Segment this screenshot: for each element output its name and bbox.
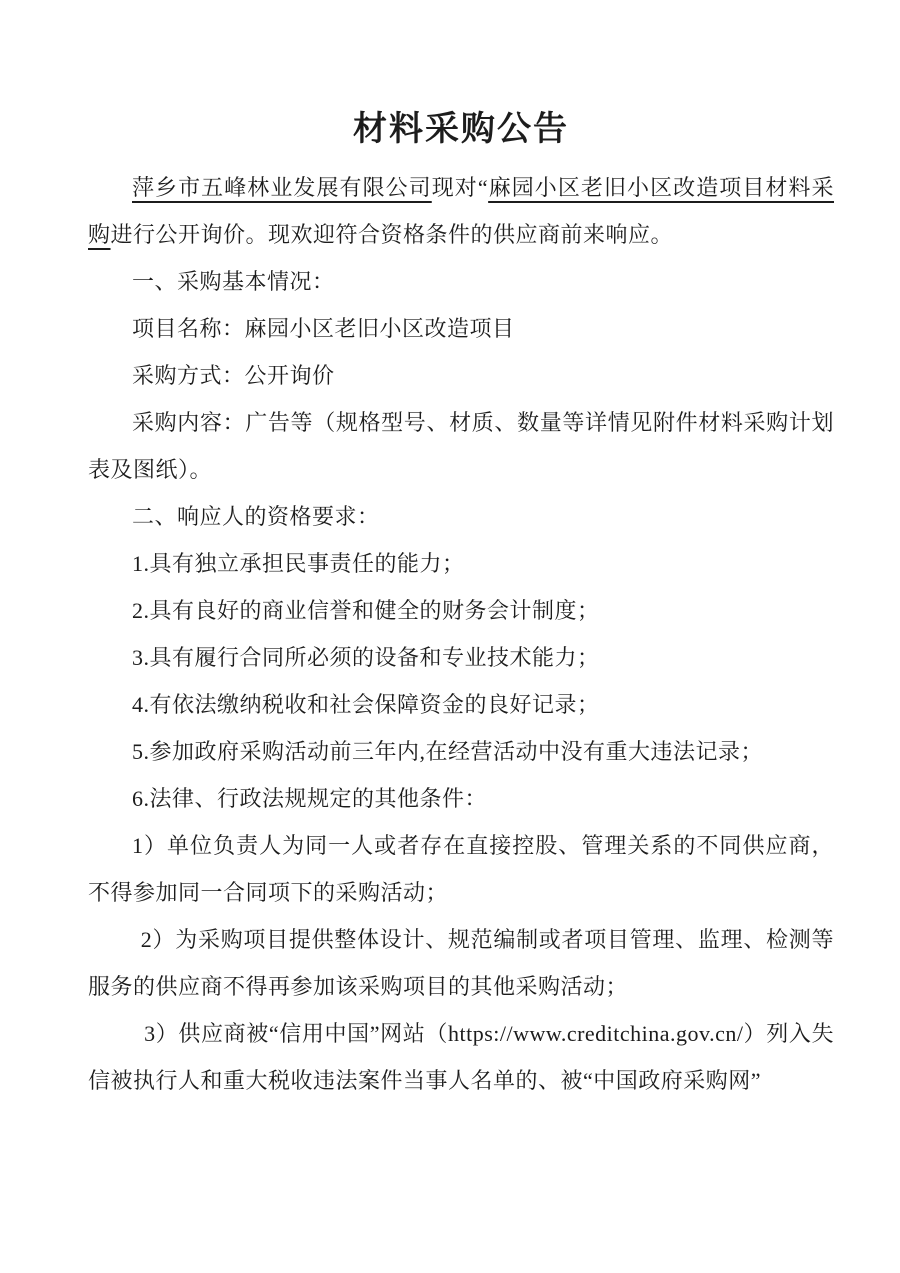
purchase-method-line: 采购方式：公开询价	[88, 352, 834, 399]
document-title: 材料采购公告	[88, 104, 834, 156]
document-page: 材料采购公告 萍乡市五峰林业发展有限公司现对“麻园小区老旧小区改造项目材料采购进…	[0, 0, 900, 1273]
intro-closing-text: 进行公开询价。现欢迎符合资格条件的供应商前来响应。	[111, 222, 674, 247]
requirement-item-6: 6.法律、行政法规规定的其他条件：	[88, 775, 834, 822]
requirement-item-1: 1.具有独立承担民事责任的能力；	[88, 540, 834, 587]
intro-paragraph: 萍乡市五峰林业发展有限公司现对“麻园小区老旧小区改造项目材料采购进行公开询价。现…	[88, 164, 834, 258]
purchase-content-line: 采购内容：广告等（规格型号、材质、数量等详情见附件材料采购计划表及图纸）。	[88, 399, 834, 493]
intro-connector-text: 现对“	[432, 175, 488, 200]
requirement-item-2: 2.具有良好的商业信誉和健全的财务会计制度；	[88, 587, 834, 634]
section-1-heading: 一、采购基本情况：	[88, 258, 834, 305]
buyer-company-name: 萍乡市五峰林业发展有限公司	[132, 175, 432, 200]
requirement-item-4: 4.有依法缴纳税收和社会保障资金的良好记录；	[88, 681, 834, 728]
requirement-subitem-1: 1）单位负责人为同一人或者存在直接控股、管理关系的不同供应商，不得参加同一合同项…	[88, 822, 834, 916]
requirement-item-3: 3.具有履行合同所必须的设备和专业技术能力；	[88, 634, 834, 681]
project-name-line: 项目名称：麻园小区老旧小区改造项目	[88, 305, 834, 352]
requirement-subitem-2: 2）为采购项目提供整体设计、规范编制或者项目管理、监理、检测等服务的供应商不得再…	[88, 916, 834, 1010]
requirement-subitem-3: 3）供应商被“信用中国”网站（https://www.creditchina.g…	[88, 1010, 834, 1104]
section-2-heading: 二、响应人的资格要求：	[88, 493, 834, 540]
requirement-item-5: 5.参加政府采购活动前三年内,在经营活动中没有重大违法记录；	[88, 728, 834, 775]
